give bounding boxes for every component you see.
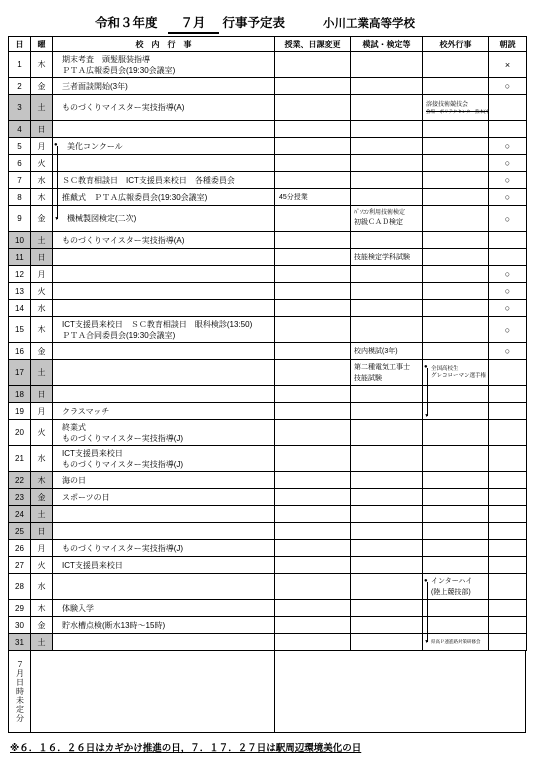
school-name: 小川工業高等学校 xyxy=(323,15,415,31)
event-text: インターハイ xyxy=(423,576,488,587)
schedule-row: 6火○ xyxy=(9,155,527,172)
morning-reading-mark: ○ xyxy=(489,269,526,279)
kougai-cell xyxy=(423,52,489,78)
day-cell: 26 xyxy=(9,540,31,557)
asadoku-cell xyxy=(489,574,527,600)
asadoku-cell xyxy=(489,506,527,523)
jugyou-cell xyxy=(275,617,351,634)
kounai-cell: ものづくりマイスター実技指導(A) xyxy=(53,232,275,249)
asadoku-cell xyxy=(489,95,527,121)
asadoku-cell xyxy=(489,420,527,446)
col-header-day: 日 xyxy=(9,37,31,52)
event-text: 県高Ｐ連進路対策研修会 xyxy=(423,639,488,645)
title-year: 令和３年度 xyxy=(95,13,158,31)
morning-reading-mark: ○ xyxy=(489,81,526,91)
event-text: 体験入学 xyxy=(53,603,274,614)
kougai-cell xyxy=(423,317,489,343)
asadoku-cell: ○ xyxy=(489,138,527,155)
moshi-cell xyxy=(351,283,423,300)
asadoku-cell: ○ xyxy=(489,189,527,206)
jugyou-cell xyxy=(275,317,351,343)
event-span-start-dot: ● xyxy=(424,578,428,584)
asadoku-cell: ○ xyxy=(489,172,527,189)
day-cell: 8 xyxy=(9,189,31,206)
jugyou-cell xyxy=(275,489,351,506)
schedule-row: 21水ICT支援員来校日ものづくりマイスター実技指導(J) xyxy=(9,446,527,472)
kounai-cell: 機械製図検定(二次) xyxy=(53,206,275,232)
dow-cell: 土 xyxy=(31,360,53,386)
day-cell: 18 xyxy=(9,386,31,403)
asadoku-cell xyxy=(489,523,527,540)
schedule-row: 12月○ xyxy=(9,266,527,283)
asadoku-cell: ○ xyxy=(489,266,527,283)
day-cell: 24 xyxy=(9,506,31,523)
event-text: ものづくりマイスター実技指導(J) xyxy=(53,433,274,444)
jugyou-cell xyxy=(275,283,351,300)
schedule-row: 11日技能検定学科試験 xyxy=(9,249,527,266)
schedule-row: 31土県高Ｐ連進路対策研修会 xyxy=(9,634,527,651)
jugyou-cell xyxy=(275,172,351,189)
kounai-cell xyxy=(53,266,275,283)
dow-cell: 日 xyxy=(31,249,53,266)
moshi-cell xyxy=(351,634,423,651)
dow-cell: 火 xyxy=(31,420,53,446)
moshi-cell xyxy=(351,232,423,249)
asadoku-cell xyxy=(489,540,527,557)
dow-cell: 木 xyxy=(31,600,53,617)
moshi-cell xyxy=(351,155,423,172)
dow-cell: 金 xyxy=(31,489,53,506)
kounai-cell xyxy=(53,523,275,540)
event-text: ものづくりマイスター実技指導(A) xyxy=(53,235,274,246)
schedule-row: 18日 xyxy=(9,386,527,403)
event-text: ものづくりマイスター実技指導(J) xyxy=(53,543,274,554)
kounai-cell: クラスマッチ xyxy=(53,403,275,420)
event-text: 技能検定学科試験 xyxy=(351,252,422,263)
asadoku-cell xyxy=(489,249,527,266)
moshi-cell xyxy=(351,95,423,121)
kounai-cell xyxy=(53,506,275,523)
event-span-start-dot: ● xyxy=(54,142,58,148)
jugyou-cell xyxy=(275,386,351,403)
sheet: 日 曜 校 内 行 事 授業、日課変更 模試・検定等 校外行事 朝読 1木期末考… xyxy=(8,36,526,754)
kounai-cell: ICT支援員来校日 ＳＣ教育相談日 眼科検診(13:50)ＰＴＡ合同委員会(19… xyxy=(53,317,275,343)
day-cell: 20 xyxy=(9,420,31,446)
kounai-cell: スポーツの日 xyxy=(53,489,275,506)
dow-cell: 金 xyxy=(31,617,53,634)
jugyou-cell xyxy=(275,446,351,472)
title-month-underlined: ７月 xyxy=(168,13,219,34)
dow-cell: 土 xyxy=(31,634,53,651)
dow-cell: 金 xyxy=(31,78,53,95)
asadoku-cell: ○ xyxy=(489,343,527,360)
kounai-cell: 体験入学 xyxy=(53,600,275,617)
undecided-cell-left xyxy=(31,651,275,732)
kougai-cell xyxy=(423,155,489,172)
jugyou-cell xyxy=(275,206,351,232)
jugyou-cell xyxy=(275,138,351,155)
day-cell: 28 xyxy=(9,574,31,600)
event-text: ICT支援員来校日 xyxy=(53,448,274,459)
event-span-line xyxy=(427,582,428,643)
undecided-label: ７月日時未定分 xyxy=(16,660,24,723)
kougai-cell xyxy=(423,172,489,189)
kougai-cell xyxy=(423,249,489,266)
schedule-row: 16金校内模試(3年)○ xyxy=(9,343,527,360)
jugyou-cell xyxy=(275,540,351,557)
moshi-cell xyxy=(351,574,423,600)
dow-cell: 火 xyxy=(31,283,53,300)
dow-cell: 木 xyxy=(31,317,53,343)
kougai-cell xyxy=(423,523,489,540)
event-text: ICT支援員来校日 ＳＣ教育相談日 眼科検診(13:50) xyxy=(53,319,274,330)
jugyou-cell xyxy=(275,506,351,523)
schedule-row: 13火○ xyxy=(9,283,527,300)
dow-cell: 日 xyxy=(31,523,53,540)
kounai-cell: 海の日 xyxy=(53,472,275,489)
asadoku-cell xyxy=(489,472,527,489)
kounai-cell xyxy=(53,283,275,300)
day-cell: 10 xyxy=(9,232,31,249)
event-text: 終業式 xyxy=(53,422,274,433)
schedule-row: 28水インターハイ(陸上競技部) xyxy=(9,574,527,600)
schedule-row: 17土第二種電気工事士技能試験全国高校生グレコローマン選手権 xyxy=(9,360,527,386)
dow-cell: 木 xyxy=(31,189,53,206)
morning-reading-mark: ○ xyxy=(489,192,526,202)
event-text: ＳＣ教育相談日 ICT支援員来校日 各種委員会 xyxy=(53,175,274,186)
schedule-row: 24土 xyxy=(9,506,527,523)
jugyou-cell xyxy=(275,95,351,121)
jugyou-cell xyxy=(275,121,351,138)
event-text: ＰＴＡ広報委員会(19:30会議室) xyxy=(53,65,274,76)
morning-reading-mark: ○ xyxy=(489,325,526,335)
moshi-cell xyxy=(351,121,423,138)
asadoku-cell xyxy=(489,446,527,472)
kounai-cell: 貯水槽点検(断水13時～15時) xyxy=(53,617,275,634)
moshi-cell: ﾊﾟｿｺﾝ利用技術検定初級ＣＡＤ検定 xyxy=(351,206,423,232)
kounai-cell: 推戴式 ＰＴＡ広報委員会(19:30会議室) xyxy=(53,189,275,206)
schedule-row: 27火ICT支援員来校日 xyxy=(9,557,527,574)
day-cell: 6 xyxy=(9,155,31,172)
event-text: 海の日 xyxy=(53,475,274,486)
event-text: 貯水槽点検(断水13時～15時) xyxy=(53,620,274,631)
kounai-cell: 終業式ものづくりマイスター実技指導(J) xyxy=(53,420,275,446)
dow-cell: 火 xyxy=(31,557,53,574)
asadoku-cell: ○ xyxy=(489,300,527,317)
schedule-row: 26月ものづくりマイスター実技指導(J) xyxy=(9,540,527,557)
asadoku-cell xyxy=(489,360,527,386)
schedule-row: 23金スポーツの日 xyxy=(9,489,527,506)
kougai-cell xyxy=(423,266,489,283)
day-cell: 13 xyxy=(9,283,31,300)
kounai-cell xyxy=(53,360,275,386)
undecided-cell-right xyxy=(275,651,525,732)
kougai-cell: 全国高校生グレコローマン選手権 xyxy=(423,360,489,386)
dow-cell: 月 xyxy=(31,138,53,155)
event-text: 期末考査 頭髪服装指導 xyxy=(53,54,274,65)
kounai-cell xyxy=(53,574,275,600)
schedule-row: 25日 xyxy=(9,523,527,540)
kounai-cell: ICT支援員来校日 xyxy=(53,557,275,574)
event-text: 溶接技術競技会 xyxy=(423,101,488,109)
dow-cell: 月 xyxy=(31,266,53,283)
asadoku-cell xyxy=(489,557,527,574)
moshi-cell xyxy=(351,52,423,78)
document-title: 令和３年度 ７月 行事予定表 小川工業高等学校 xyxy=(0,13,533,34)
schedule-row: 15木ICT支援員来校日 ＳＣ教育相談日 眼科検診(13:50)ＰＴＡ合同委員会… xyxy=(9,317,527,343)
day-cell: 29 xyxy=(9,600,31,617)
asadoku-cell: ○ xyxy=(489,283,527,300)
kounai-cell: ＳＣ教育相談日 ICT支援員来校日 各種委員会 xyxy=(53,172,275,189)
jugyou-cell xyxy=(275,52,351,78)
moshi-cell xyxy=(351,386,423,403)
jugyou-cell xyxy=(275,523,351,540)
kougai-cell xyxy=(423,446,489,472)
day-cell: 11 xyxy=(9,249,31,266)
asadoku-cell: × xyxy=(489,52,527,78)
kounai-cell xyxy=(53,121,275,138)
schedule-row: 2金三者面談開始(3年)○ xyxy=(9,78,527,95)
jugyou-cell xyxy=(275,360,351,386)
kougai-cell xyxy=(423,232,489,249)
event-text: 技能試験 xyxy=(351,373,422,384)
morning-reading-mark: ○ xyxy=(489,158,526,168)
day-cell: 15 xyxy=(9,317,31,343)
col-header-off-campus: 校外行事 xyxy=(423,37,489,52)
event-text: ものづくりマイスター実技指導(J) xyxy=(53,459,274,470)
dow-cell: 水 xyxy=(31,300,53,317)
col-header-dow: 曜 xyxy=(31,37,53,52)
day-cell: 31 xyxy=(9,634,31,651)
asadoku-cell xyxy=(489,617,527,634)
moshi-cell xyxy=(351,266,423,283)
jugyou-cell xyxy=(275,600,351,617)
jugyou-cell xyxy=(275,557,351,574)
kounai-cell xyxy=(53,343,275,360)
asadoku-cell: ○ xyxy=(489,155,527,172)
kougai-cell xyxy=(423,343,489,360)
event-span-end-arrow: ▼ xyxy=(424,640,429,645)
kougai-cell xyxy=(423,121,489,138)
schedule-row: 10土ものづくりマイスター実技指導(A) xyxy=(9,232,527,249)
asadoku-cell xyxy=(489,634,527,651)
kounai-cell xyxy=(53,300,275,317)
event-text: スポーツの日 xyxy=(53,492,274,503)
schedule-row: 19月クラスマッチ xyxy=(9,403,527,420)
kougai-cell xyxy=(423,489,489,506)
schedule-row: 8木推戴式 ＰＴＡ広報委員会(19:30会議室)45分授業○ xyxy=(9,189,527,206)
title-doc-type: 行事予定表 xyxy=(223,13,286,31)
kounai-cell xyxy=(53,155,275,172)
schedule-row: 22木海の日 xyxy=(9,472,527,489)
kounai-cell: 美化コンクール xyxy=(53,138,275,155)
kougai-cell xyxy=(423,206,489,232)
event-span-line xyxy=(57,146,58,219)
event-span-end-arrow: ▼ xyxy=(54,217,59,222)
dow-cell: 土 xyxy=(31,95,53,121)
dow-cell: 日 xyxy=(31,121,53,138)
event-text: ものづくりマイスター実技指導(A) xyxy=(53,102,274,113)
dow-cell: 水 xyxy=(31,574,53,600)
kougai-cell xyxy=(423,540,489,557)
morning-reading-mark: ○ xyxy=(489,214,526,224)
schedule-row: 3土ものづくりマイスター実技指導(A)溶接技術競技会会場－ポリテクセンター熊本(… xyxy=(9,95,527,121)
asadoku-cell xyxy=(489,386,527,403)
jugyou-cell xyxy=(275,403,351,420)
moshi-cell xyxy=(351,189,423,206)
dow-cell: 月 xyxy=(31,540,53,557)
jugyou-cell xyxy=(275,634,351,651)
jugyou-cell xyxy=(275,420,351,446)
schedule-row: 30金貯水槽点検(断水13時～15時) xyxy=(9,617,527,634)
asadoku-cell: ○ xyxy=(489,78,527,95)
kougai-cell xyxy=(423,506,489,523)
jugyou-cell xyxy=(275,574,351,600)
schedule-row: 29木体験入学 xyxy=(9,600,527,617)
asadoku-cell: ○ xyxy=(489,206,527,232)
dow-cell: 月 xyxy=(31,403,53,420)
jugyou-cell xyxy=(275,343,351,360)
moshi-cell xyxy=(351,172,423,189)
kounai-cell: ものづくりマイスター実技指導(J) xyxy=(53,540,275,557)
kougai-cell xyxy=(423,300,489,317)
undecided-label-cell: ７月日時未定分 xyxy=(9,651,31,732)
dow-cell: 水 xyxy=(31,446,53,472)
schedule-body: 1木期末考査 頭髪服装指導ＰＴＡ広報委員会(19:30会議室)×2金三者面談開始… xyxy=(9,52,527,651)
moshi-cell xyxy=(351,617,423,634)
day-cell: 9 xyxy=(9,206,31,232)
jugyou-cell xyxy=(275,266,351,283)
dow-cell: 日 xyxy=(31,386,53,403)
kougai-cell xyxy=(423,420,489,446)
day-cell: 7 xyxy=(9,172,31,189)
event-text: ＰＴＡ合同委員会(19:30会議室) xyxy=(53,330,274,341)
kougai-cell xyxy=(423,403,489,420)
kounai-cell xyxy=(53,386,275,403)
morning-reading-mark: ○ xyxy=(489,346,526,356)
event-text: 機械製図検定(二次) xyxy=(53,213,274,224)
day-cell: 23 xyxy=(9,489,31,506)
kounai-cell xyxy=(53,249,275,266)
jugyou-cell: 45分授業 xyxy=(275,189,351,206)
asadoku-cell xyxy=(489,600,527,617)
day-cell: 22 xyxy=(9,472,31,489)
jugyou-cell xyxy=(275,155,351,172)
moshi-cell xyxy=(351,540,423,557)
moshi-cell: 技能検定学科試験 xyxy=(351,249,423,266)
day-cell: 2 xyxy=(9,78,31,95)
undecided-section: ７月日時未定分 xyxy=(8,651,526,733)
moshi-cell xyxy=(351,472,423,489)
asadoku-cell xyxy=(489,403,527,420)
day-cell: 16 xyxy=(9,343,31,360)
day-cell: 19 xyxy=(9,403,31,420)
day-cell: 27 xyxy=(9,557,31,574)
kounai-cell: 三者面談開始(3年) xyxy=(53,78,275,95)
jugyou-cell xyxy=(275,472,351,489)
schedule-row: 14水○ xyxy=(9,300,527,317)
kougai-cell xyxy=(423,557,489,574)
jugyou-cell xyxy=(275,78,351,95)
kougai-cell xyxy=(423,138,489,155)
jugyou-cell xyxy=(275,300,351,317)
event-text: 美化コンクール xyxy=(53,141,274,152)
day-cell: 5 xyxy=(9,138,31,155)
morning-reading-mark: ○ xyxy=(489,175,526,185)
kougai-cell: 溶接技術競技会会場－ポリテクセンター熊本(中止) xyxy=(423,95,489,121)
moshi-cell xyxy=(351,506,423,523)
col-header-class-changes: 授業、日課変更 xyxy=(275,37,351,52)
schedule-row: 7水ＳＣ教育相談日 ICT支援員来校日 各種委員会○ xyxy=(9,172,527,189)
morning-reading-mark: ○ xyxy=(489,286,526,296)
moshi-cell xyxy=(351,78,423,95)
header-row: 日 曜 校 内 行 事 授業、日課変更 模試・検定等 校外行事 朝読 xyxy=(9,37,527,52)
moshi-cell xyxy=(351,557,423,574)
col-header-school-events: 校 内 行 事 xyxy=(53,37,275,52)
kougai-cell xyxy=(423,617,489,634)
event-text: 全国高校生 xyxy=(423,366,488,373)
kougai-cell xyxy=(423,386,489,403)
morning-reading-mark: ○ xyxy=(489,303,526,313)
dow-cell: 土 xyxy=(31,232,53,249)
moshi-cell xyxy=(351,446,423,472)
event-text: ICT支援員来校日 xyxy=(53,560,274,571)
schedule-row: 5月美化コンクール○ xyxy=(9,138,527,155)
day-cell: 14 xyxy=(9,300,31,317)
moshi-cell xyxy=(351,317,423,343)
col-header-morning-reading: 朝読 xyxy=(489,37,527,52)
event-span-start-dot: ● xyxy=(424,364,428,370)
morning-reading-mark: ○ xyxy=(489,141,526,151)
kounai-cell: 期末考査 頭髪服装指導ＰＴＡ広報委員会(19:30会議室) xyxy=(53,52,275,78)
event-text: クラスマッチ xyxy=(53,406,274,417)
asadoku-cell: ○ xyxy=(489,317,527,343)
event-text: ﾊﾟｿｺﾝ利用技術検定 xyxy=(351,209,422,217)
day-cell: 17 xyxy=(9,360,31,386)
schedule-row: 20火終業式ものづくりマイスター実技指導(J) xyxy=(9,420,527,446)
moshi-cell: 第二種電気工事士技能試験 xyxy=(351,360,423,386)
kougai-cell xyxy=(423,283,489,300)
asadoku-cell xyxy=(489,489,527,506)
dow-cell: 水 xyxy=(31,172,53,189)
moshi-cell xyxy=(351,403,423,420)
day-cell: 25 xyxy=(9,523,31,540)
dow-cell: 金 xyxy=(31,206,53,232)
day-cell: 21 xyxy=(9,446,31,472)
moshi-cell xyxy=(351,420,423,446)
kougai-cell xyxy=(423,472,489,489)
schedule-document: { "title": { "year": "令和３年度", "month": "… xyxy=(0,0,533,757)
day-cell: 12 xyxy=(9,266,31,283)
dow-cell: 木 xyxy=(31,52,53,78)
schedule-row: 4日 xyxy=(9,121,527,138)
event-text: 推戴式 ＰＴＡ広報委員会(19:30会議室) xyxy=(53,192,274,203)
kougai-cell xyxy=(423,78,489,95)
event-text: 三者面談開始(3年) xyxy=(53,81,274,92)
event-text: (陸上競技部) xyxy=(423,587,488,598)
kougai-cell xyxy=(423,189,489,206)
dow-cell: 木 xyxy=(31,472,53,489)
day-cell: 3 xyxy=(9,95,31,121)
day-cell: 1 xyxy=(9,52,31,78)
moshi-cell xyxy=(351,489,423,506)
kounai-cell: ものづくりマイスター実技指導(A) xyxy=(53,95,275,121)
dow-cell: 火 xyxy=(31,155,53,172)
kougai-cell: 県高Ｐ連進路対策研修会 xyxy=(423,634,489,651)
moshi-cell xyxy=(351,138,423,155)
col-header-exams: 模試・検定等 xyxy=(351,37,423,52)
moshi-cell xyxy=(351,600,423,617)
